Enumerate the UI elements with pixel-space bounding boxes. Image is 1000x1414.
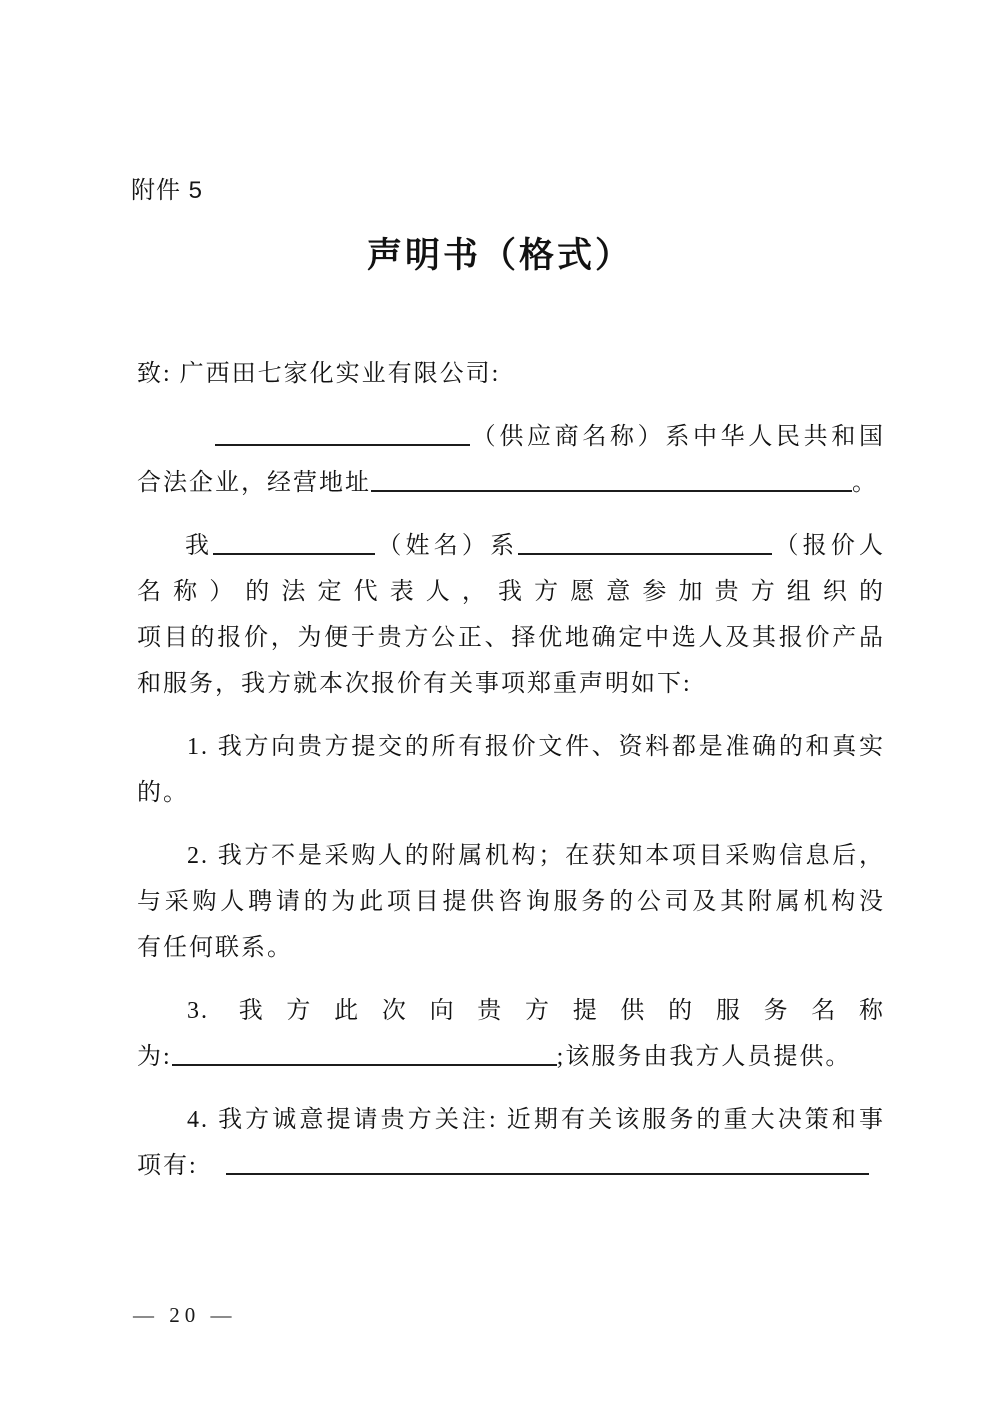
item3-line-1: 3. 我方此次向贵方提供的服务名称 [137, 988, 885, 1034]
document-page: 附件 5 声明书（格式） 致: 广西田七家化实业有限公司: （供应商名称）系中华… [0, 0, 1000, 1414]
service-name-blank [172, 1040, 557, 1066]
item1-line-2: 的。 [137, 770, 885, 816]
item3-line-2-end: ;该服务由我方人员提供。 [557, 1044, 852, 1070]
service-name-label: 为: [137, 1044, 172, 1070]
rep-seg-3: （报价人 [772, 533, 885, 559]
item4-line-1: 4. 我方诚意提请贵方关注: 近期有关该服务的重大决策和事 [137, 1097, 885, 1143]
representative-line-4: 和服务，我方就本次报价有关事项郑重声明如下: [137, 661, 885, 707]
supplier-line-1: （供应商名称）系中华人民共和国 [137, 414, 885, 460]
declaration-item-4: 4. 我方诚意提请贵方关注: 近期有关该服务的重大决策和事 项有: [137, 1097, 885, 1189]
item2-line-2: 与采购人聘请的为此项目提供咨询服务的公司及其附属机构没 [137, 879, 885, 925]
representative-line-2: 名称）的法定代表人，我方愿意参加贵方组织的 [137, 569, 885, 615]
rep-seg-1: 我 [185, 533, 213, 559]
declaration-item-2: 2. 我方不是采购人的附属机构；在获知本项目采购信息后， 与采购人聘请的为此项目… [137, 833, 885, 971]
address-label: 合法企业，经营地址 [137, 470, 371, 496]
supplier-name-blank [215, 420, 470, 446]
representative-line-3: 项目的报价，为便于贵方公正、择优地确定中选人及其报价产品 [137, 615, 885, 661]
representative-paragraph: 我（姓名）系（报价人 名称）的法定代表人，我方愿意参加贵方组织的 项目的报价，为… [137, 523, 885, 707]
item4-line-2: 项有: [137, 1143, 885, 1189]
declaration-item-3: 3. 我方此次向贵方提供的服务名称 为:;该服务由我方人员提供。 [137, 988, 885, 1080]
supplier-line-2: 合法企业，经营地址。 [137, 460, 885, 506]
salutation-line: 致: 广西田七家化实业有限公司: [137, 351, 885, 397]
major-events-label: 项有: [137, 1153, 198, 1179]
representative-line-1: 我（姓名）系（报价人 [137, 523, 885, 569]
supplier-line-text: （供应商名称）系中华人民共和国 [470, 424, 885, 450]
bidder-name-blank [518, 529, 772, 555]
supplier-paragraph: （供应商名称）系中华人民共和国 合法企业，经营地址。 [137, 414, 885, 506]
major-events-blank [226, 1149, 869, 1175]
rep-seg-2: （姓名）系 [375, 533, 518, 559]
item2-line-1: 2. 我方不是采购人的附属机构；在获知本项目采购信息后， [137, 833, 885, 879]
document-title: 声明书（格式） [0, 228, 1000, 278]
business-address-blank [371, 466, 852, 492]
address-line-end: 。 [852, 470, 878, 496]
item1-line-1: 1. 我方向贵方提交的所有报价文件、资料都是准确的和真实 [137, 724, 885, 770]
item2-line-3: 有任何联系。 [137, 925, 885, 971]
representative-name-blank [213, 529, 375, 555]
declaration-item-1: 1. 我方向贵方提交的所有报价文件、资料都是准确的和真实 的。 [137, 724, 885, 816]
attachment-label: 附件 5 [131, 170, 203, 205]
item3-line-2: 为:;该服务由我方人员提供。 [137, 1034, 885, 1080]
document-body: 致: 广西田七家化实业有限公司: （供应商名称）系中华人民共和国 合法企业，经营… [137, 351, 885, 1189]
page-number: — 20 — [133, 1303, 237, 1328]
